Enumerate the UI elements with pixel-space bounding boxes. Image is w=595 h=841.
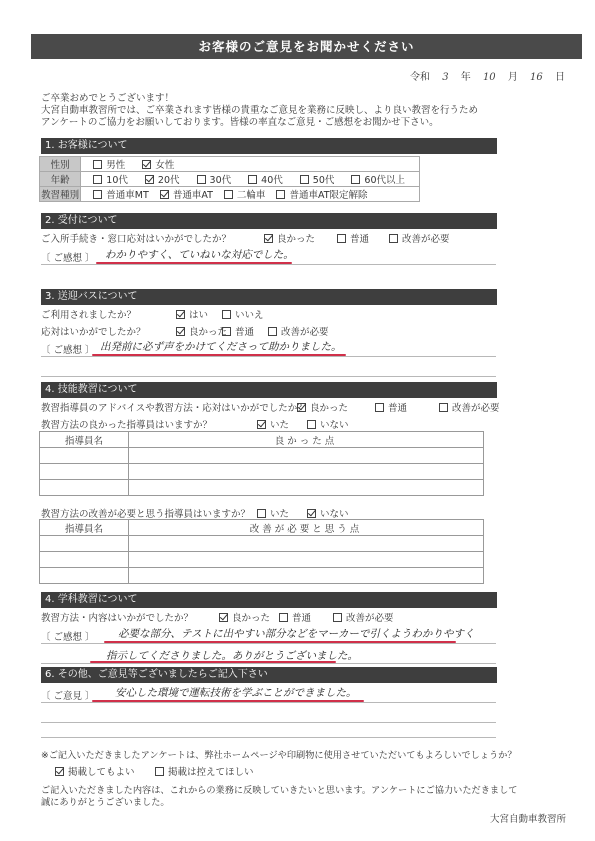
- checkbox-icon[interactable]: [257, 509, 266, 518]
- section-4-q2: 教習方法の良かった指導員はいますか？: [41, 420, 212, 431]
- section-5-comment-label: 〔 ご感想 〕: [41, 629, 95, 643]
- good-points-cell[interactable]: [129, 480, 484, 496]
- checkbox-checked-icon[interactable]: [297, 403, 306, 412]
- date-year[interactable]: 3: [442, 72, 448, 83]
- course-mt-option[interactable]: 普通車MT: [93, 187, 149, 201]
- consent-allow-option[interactable]: 掲載してもよい: [55, 764, 135, 778]
- reception-improve-option[interactable]: 改善が必要: [389, 231, 450, 245]
- checkbox-checked-icon[interactable]: [219, 613, 228, 622]
- section-1-header: 1. お客様について: [41, 138, 497, 154]
- classroom-improve-option[interactable]: 改善が必要: [333, 610, 394, 624]
- reception-good-option[interactable]: 良かった: [264, 231, 315, 245]
- instructor-name-cell[interactable]: [40, 464, 129, 480]
- section-4-header: 4. 技能教習について: [41, 382, 497, 398]
- improve-instructor-yes-option[interactable]: いた: [257, 506, 289, 520]
- divider: [41, 356, 496, 357]
- checkbox-checked-icon[interactable]: [176, 327, 185, 336]
- improve-instructor-table: 指導員名 改善が必要と思う点: [39, 519, 484, 584]
- classroom-normal-option[interactable]: 普通: [279, 610, 311, 624]
- date-year-unit: 年: [461, 72, 471, 83]
- date-day-unit: 日: [555, 72, 565, 83]
- section-6-comment-label: 〔 ご意見 〕: [41, 688, 95, 702]
- improve-points-cell[interactable]: [129, 536, 484, 552]
- date-line: 令和 3 年 10 月 16 日: [410, 68, 574, 83]
- divider: [41, 643, 496, 644]
- section-5-question-row: 教習方法・内容はいかがでしたか？ 良かった 普通 改善が必要: [41, 610, 501, 624]
- form-title: お客様のご意見をお聞かせください: [31, 34, 582, 59]
- checkbox-icon[interactable]: [268, 327, 277, 336]
- checkbox-icon[interactable]: [439, 403, 448, 412]
- course-at-option[interactable]: 普通車AT: [160, 187, 213, 201]
- improve-points-cell[interactable]: [129, 552, 484, 568]
- closing-line-1: ご記入いただきました内容は、これからの業務に反映していきたいと思います。アンケー…: [41, 785, 591, 797]
- gender-male-option[interactable]: 男性: [93, 157, 125, 171]
- intro-line-2: 大宮自動車教習所では、ご卒業されます皆様の貴重なご意見を業務に反映し、より良い教…: [41, 105, 586, 117]
- section-3-q1-row: ご利用されましたか？ はい いいえ: [41, 307, 501, 321]
- improve-points-cell[interactable]: [129, 568, 484, 584]
- checkbox-icon[interactable]: [93, 175, 102, 184]
- section-3-q2: 応対はいかがでしたか？: [41, 327, 146, 338]
- bus-used-yes-option[interactable]: はい: [176, 307, 208, 321]
- section-3-q2-row: 応対はいかがでしたか？ 良かった 普通 改善が必要: [41, 324, 501, 338]
- improve-points-header: 改善が必要と思う点: [129, 520, 484, 536]
- section-4-q1: 教習指導員のアドバイスや教習方法・応対はいかがでしたか？: [41, 403, 307, 414]
- intro-text: ご卒業おめでとうございます！ 大宮自動車教習所では、ご卒業されます皆様の貴重なご…: [41, 93, 586, 129]
- course-type-label: 教習種別: [40, 187, 81, 202]
- practical-improve-option[interactable]: 改善が必要: [439, 400, 500, 414]
- section-2-comment[interactable]: わかりやすく、ていねいな対応でした。: [105, 247, 294, 262]
- section-4-q2-row: 教習方法の良かった指導員はいますか？ いた いない: [41, 417, 441, 431]
- table-row: [40, 480, 484, 496]
- closing-text: ご記入いただきました内容は、これからの業務に反映していきたいと思います。アンケー…: [41, 785, 591, 809]
- section-4-q3-row: 教習方法の改善が必要と思う指導員はいますか？ いた いない: [41, 506, 441, 520]
- section-2-question: ご入所手続き・窓口応対はいかがでしたか？: [41, 234, 231, 245]
- good-instructor-no-option[interactable]: いない: [307, 417, 349, 431]
- table-row: [40, 552, 484, 568]
- checkbox-icon[interactable]: [93, 160, 102, 169]
- practical-normal-option[interactable]: 普通: [375, 400, 407, 414]
- checkbox-icon[interactable]: [224, 190, 233, 199]
- practical-good-option[interactable]: 良かった: [297, 400, 348, 414]
- checkbox-icon[interactable]: [389, 234, 398, 243]
- section-6-header: 6. その他、ご意見等ございましたらご記入下さい: [41, 667, 497, 683]
- table-row: [40, 464, 484, 480]
- checkbox-checked-icon[interactable]: [160, 190, 169, 199]
- date-day[interactable]: 16: [530, 72, 543, 83]
- divider: [41, 376, 496, 377]
- section-6-comment[interactable]: 安心した環境で運転技術を学ぶことができました。: [115, 685, 357, 700]
- section-3-q1: ご利用されましたか？: [41, 310, 136, 321]
- checkbox-icon[interactable]: [307, 420, 316, 429]
- course-at-limit-removal-option[interactable]: 普通車AT限定解除: [276, 187, 367, 201]
- section-4-q1-row: 教習指導員のアドバイスや教習方法・応対はいかがでしたか？ 良かった 普通 改善が…: [41, 400, 541, 414]
- date-month[interactable]: 10: [483, 72, 496, 83]
- checkbox-icon[interactable]: [337, 234, 346, 243]
- divider: [41, 722, 496, 723]
- section-2-header: 2. 受付について: [41, 213, 497, 229]
- instructor-name-header: 指導員名: [40, 520, 129, 536]
- instructor-name-cell[interactable]: [40, 480, 129, 496]
- table-row: [40, 568, 484, 584]
- checkbox-icon[interactable]: [276, 190, 285, 199]
- divider: [41, 264, 496, 265]
- course-type-row: 教習種別 普通車MT 普通車AT 二輪車 普通車AT限定解除: [40, 187, 420, 202]
- checkbox-icon[interactable]: [279, 613, 288, 622]
- good-instructor-yes-option[interactable]: いた: [257, 417, 289, 431]
- good-points-cell[interactable]: [129, 464, 484, 480]
- intro-line-1: ご卒業おめでとうございます！: [41, 93, 586, 105]
- school-signature: 大宮自動車教習所: [490, 811, 566, 825]
- age-60s-plus-option[interactable]: 60代以上: [351, 172, 405, 186]
- table-row: [40, 448, 484, 464]
- age-label: 年齢: [40, 172, 81, 187]
- consent-question: ※ご記入いただきましたアンケートは、弊社ホームページや印刷物に使用させていただい…: [41, 750, 591, 762]
- course-motorcycle-option[interactable]: 二輪車: [224, 187, 266, 201]
- good-points-header: 良かった点: [129, 432, 484, 448]
- intro-line-3: アンケートのご協力をお願いしております。皆様の率直なご意見・ご感想をお聞かせ下さ…: [41, 117, 586, 129]
- age-20s-option[interactable]: 20代: [145, 172, 180, 186]
- consent-decline-option[interactable]: 掲載は控えてほしい: [155, 764, 254, 778]
- checkbox-icon[interactable]: [375, 403, 384, 412]
- table-header-row: 指導員名 良かった点: [40, 432, 484, 448]
- checkbox-icon[interactable]: [351, 175, 360, 184]
- checkbox-icon[interactable]: [222, 327, 231, 336]
- checkbox-checked-icon[interactable]: [257, 420, 266, 429]
- section-2-comment-label: 〔 ご感想 〕: [41, 250, 95, 264]
- section-2-question-row: ご入所手続き・窓口応対はいかがでしたか？ 良かった 普通 改善が必要: [41, 231, 501, 245]
- checkbox-icon[interactable]: [333, 613, 342, 622]
- improve-instructor-no-option[interactable]: いない: [307, 506, 349, 520]
- section-5-header: 4. 学科教習について: [41, 592, 497, 608]
- instructor-name-cell[interactable]: [40, 552, 129, 568]
- gender-label: 性別: [40, 157, 81, 172]
- good-points-cell[interactable]: [129, 448, 484, 464]
- age-30s-option[interactable]: 30代: [197, 172, 232, 186]
- checkbox-checked-icon[interactable]: [142, 160, 151, 169]
- gender-female-option[interactable]: 女性: [142, 157, 174, 171]
- gender-row: 性別 男性 女性: [40, 157, 420, 172]
- date-era: 令和: [410, 72, 430, 83]
- divider: [41, 737, 496, 738]
- section-5-comment-line-1[interactable]: 必要な部分、テストに出やすい部分などをマーカーで引くようわかりやすく: [118, 626, 474, 641]
- instructor-name-cell[interactable]: [40, 448, 129, 464]
- instructor-name-header: 指導員名: [40, 432, 129, 448]
- checkbox-checked-icon[interactable]: [176, 310, 185, 319]
- divider: [41, 702, 496, 703]
- customer-info-table: 性別 男性 女性 年齢 10代 20代 30代 40代 50代 60代以上 教習…: [39, 156, 420, 202]
- checkbox-checked-icon[interactable]: [145, 175, 154, 184]
- instructor-name-cell[interactable]: [40, 536, 129, 552]
- good-instructor-table: 指導員名 良かった点: [39, 431, 484, 496]
- age-40s-option[interactable]: 40代: [248, 172, 283, 186]
- checkbox-icon[interactable]: [93, 190, 102, 199]
- bus-service-good-option[interactable]: 良かった: [176, 324, 227, 338]
- checkbox-checked-icon[interactable]: [307, 509, 316, 518]
- age-50s-option[interactable]: 50代: [300, 172, 335, 186]
- section-3-header: 3. 送迎バスについて: [41, 289, 497, 305]
- checkbox-icon[interactable]: [155, 767, 164, 776]
- section-5-question: 教習方法・内容はいかがでしたか？: [41, 613, 193, 624]
- age-10s-option[interactable]: 10代: [93, 172, 128, 186]
- bus-service-improve-option[interactable]: 改善が必要: [268, 324, 329, 338]
- reception-normal-option[interactable]: 普通: [337, 231, 369, 245]
- section-3-comment-label: 〔 ご感想 〕: [41, 342, 95, 356]
- divider: [41, 663, 496, 664]
- classroom-good-option[interactable]: 良かった: [219, 610, 270, 624]
- table-row: [40, 536, 484, 552]
- instructor-name-cell[interactable]: [40, 568, 129, 584]
- checkbox-icon[interactable]: [300, 175, 309, 184]
- section-3-comment[interactable]: 出発前に必ず声をかけてくださって助かりました。: [100, 339, 342, 354]
- checkbox-icon[interactable]: [222, 310, 231, 319]
- date-month-unit: 月: [508, 72, 518, 83]
- age-row: 年齢 10代 20代 30代 40代 50代 60代以上: [40, 172, 420, 187]
- closing-line-2: 誠にありがとうございました。: [41, 797, 591, 809]
- bus-used-no-option[interactable]: いいえ: [222, 307, 264, 321]
- table-header-row: 指導員名 改善が必要と思う点: [40, 520, 484, 536]
- checkbox-icon[interactable]: [248, 175, 257, 184]
- bus-service-normal-option[interactable]: 普通: [222, 324, 254, 338]
- checkbox-checked-icon[interactable]: [264, 234, 273, 243]
- checkbox-checked-icon[interactable]: [55, 767, 64, 776]
- checkbox-icon[interactable]: [197, 175, 206, 184]
